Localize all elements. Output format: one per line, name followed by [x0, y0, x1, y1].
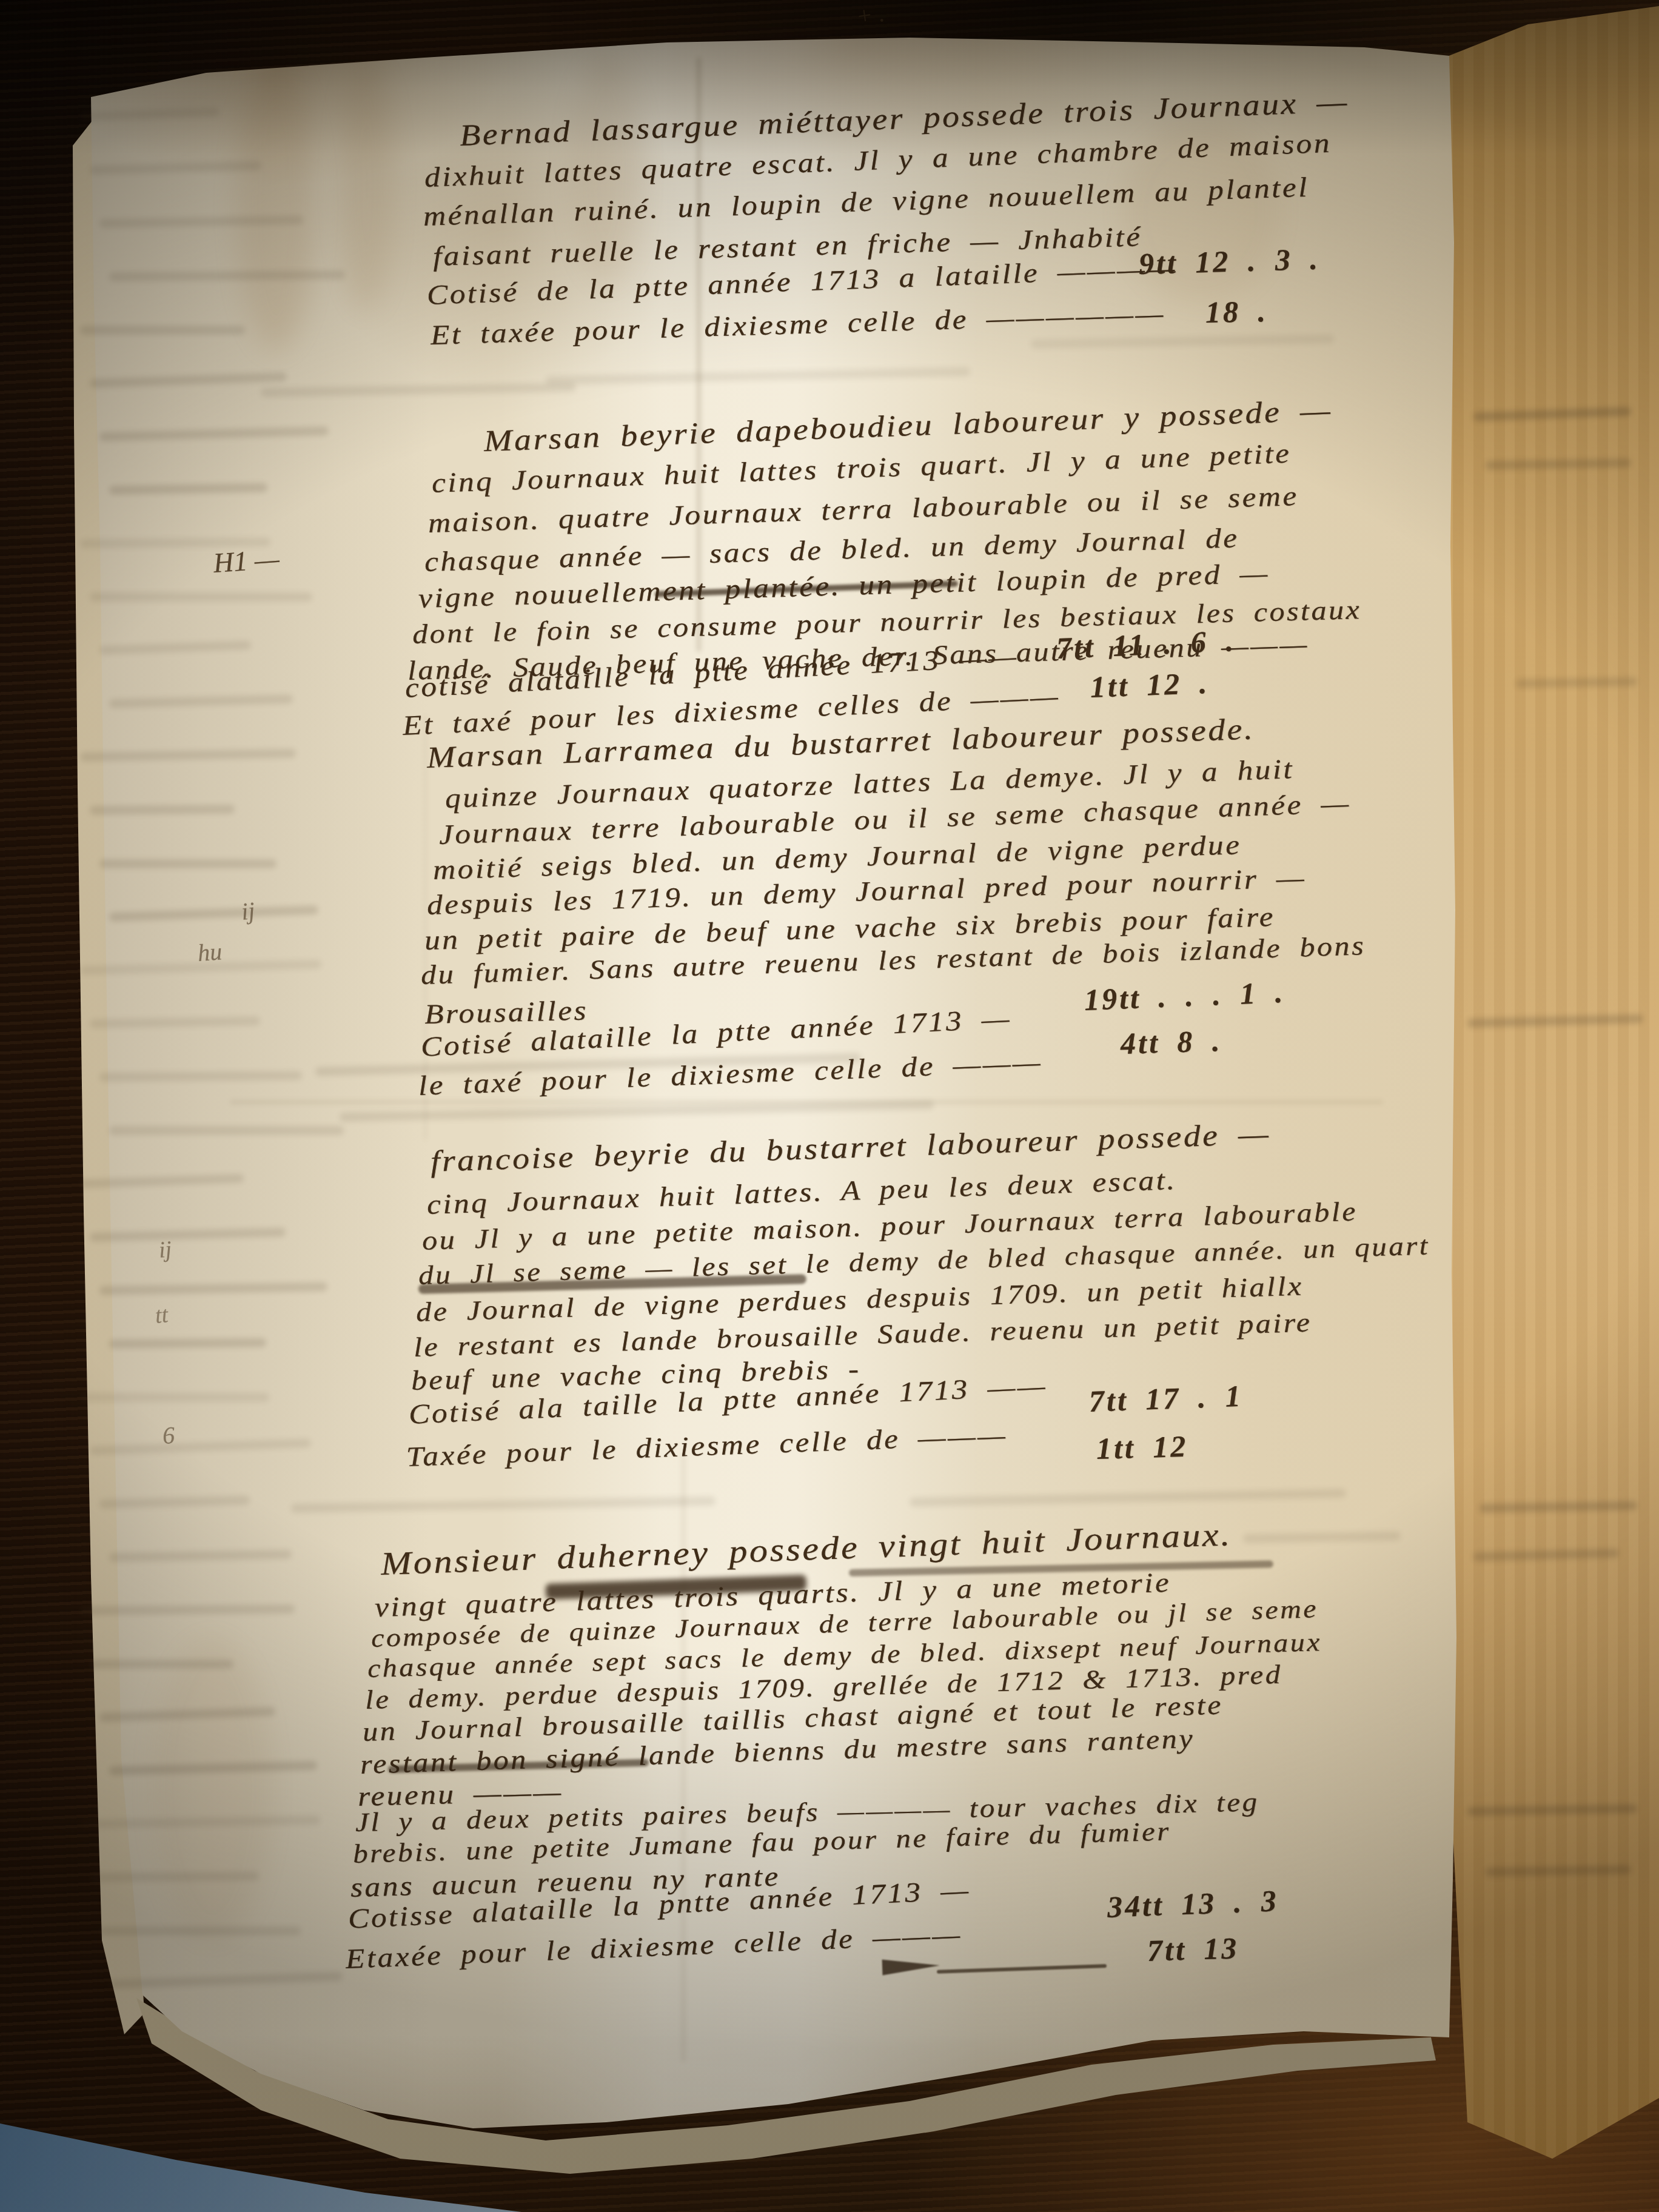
bleedthrough-ghost-line — [1480, 1501, 1637, 1513]
manuscript-line: vingt quatre lattes trois quarts. Jl y a… — [374, 1566, 1171, 1623]
manuscript-line: le restant es lande brousaille Saude. re… — [413, 1307, 1312, 1363]
tax-amount-value: 1tt 12 . — [1090, 665, 1210, 705]
ink-flourish-line — [937, 1964, 1107, 1974]
tax-amount-value: 19tt . . . 1 . — [1084, 974, 1285, 1017]
paper-creases-layer — [0, 0, 1659, 2212]
manuscript-line: Brousailles — [424, 994, 588, 1030]
manuscript-line: cotisé alataille la ptte année 1713 —— — [404, 640, 1019, 704]
manuscript-line: Taxée pour le dixiesme celle de ——— — [406, 1419, 1008, 1473]
manuscript-line: brebis. une petite Jumane fau pour ne fa… — [352, 1815, 1171, 1869]
manuscript-line: francoise beyrie du bustarret laboureur … — [430, 1116, 1271, 1179]
manuscript-line: beuf une vache cinq brebis - — [411, 1353, 861, 1396]
bleedthrough-ghost-line — [1467, 1804, 1637, 1816]
manuscript-line: de Journal de vigne perdues despuis 1709… — [415, 1270, 1304, 1328]
manuscript-line: du Jl se seme — les set le demy de bled … — [418, 1230, 1430, 1291]
manuscript-line: sans aucun reuenu ny rante — [350, 1860, 780, 1903]
ink-strikethrough-layer — [0, 0, 1659, 2212]
bleedthrough-ghost-line — [1467, 1014, 1643, 1028]
ink-layer: Bernad lassargue miéttayer possede trois… — [0, 0, 1659, 2212]
manuscript-line: Cotisé de la ptte année 1713 a lataille … — [426, 252, 1177, 311]
manuscript-line: cinq Journaux huit lattes trois quart. J… — [431, 437, 1292, 499]
manuscript-page: Bernad lassargue miéttayer possede trois… — [0, 0, 1659, 2212]
ink-strikethrough — [849, 1560, 1273, 1577]
manuscript-line: chasque année — sacs de bled. un demy Jo… — [424, 521, 1239, 578]
ink-strikethrough — [546, 1575, 807, 1600]
paper-stains-layer — [0, 0, 1659, 2212]
bleedthrough-ghost-line — [1473, 407, 1631, 421]
manuscript-line: Monsieur duherney possede vingt huit Jou… — [380, 1515, 1233, 1583]
bleedthrough-ghost-line — [1486, 1865, 1631, 1877]
tax-amount-value: 34tt 13 . 3 — [1107, 1883, 1279, 1925]
paper-crease — [682, 1455, 685, 2062]
manuscript-line: vigne nouuellement plantée. un petit lou… — [418, 557, 1270, 614]
paper-stain — [570, 55, 643, 285]
manuscript-line: lande. Saude beuf une vache der. Sans au… — [407, 628, 1309, 686]
manuscript-line: moitié seigs bled. un demy Journal de vi… — [432, 828, 1242, 886]
manuscript-line: le demy. perdue despuis 1709. grellée de… — [364, 1659, 1282, 1715]
manuscript-line: Cotisé alataille la ptte année 1713 — — [420, 1002, 1012, 1063]
manuscript-photo: Bernad lassargue miéttayer possede trois… — [0, 0, 1659, 2212]
tax-amount-value: 18 . — [1205, 293, 1268, 330]
manuscript-line: Bernad lassargue miéttayer possede trois… — [459, 84, 1349, 153]
manuscript-line: un petit paire de beuf une vache six bre… — [424, 900, 1275, 956]
tax-amount-value: 1tt 12 — [1096, 1429, 1188, 1466]
manuscript-line: quinze Journaux quatorze lattes La demye… — [444, 752, 1295, 814]
manuscript-line: restant bon signé lande bienns du mestre… — [360, 1723, 1195, 1780]
manuscript-line: Et taxé pour les dixiesme celles de ——— — [402, 680, 1061, 742]
manuscript-line: ou Jl y a une petite maison. pour Journa… — [421, 1196, 1358, 1256]
manuscript-line: maison. quatre Journaux terra labourable… — [427, 480, 1299, 539]
ink-strikethrough — [388, 1759, 649, 1773]
paper-stain — [152, 1637, 273, 1940]
tax-amount-value: 4tt 8 . — [1120, 1023, 1222, 1061]
manuscript-line: despuis les 1719. un demy Journal pred p… — [426, 861, 1307, 921]
ink-strikethrough — [655, 581, 958, 597]
bleedthrough-ghost-line — [1473, 1549, 1619, 1561]
manuscript-line: composée de quinze Journaux de terre lab… — [370, 1594, 1318, 1654]
manuscript-line: Etaxée pour le dixiesme celle de ——— — [345, 1918, 962, 1975]
paper-stain — [1122, 121, 1279, 303]
manuscript-line: dont le foin se consume pour nourrir les… — [412, 594, 1361, 650]
manuscript-line: dixhuit lattes quatre escat. Jl y a une … — [424, 127, 1332, 193]
manuscript-line: Cotisse alataille la pntte année 1713 — — [347, 1874, 971, 1935]
tax-amount-value: 7tt 17 . 1 — [1088, 1378, 1244, 1419]
manuscript-line: un Journal brousaille taillis chast aign… — [362, 1689, 1223, 1748]
paper-crease — [424, 716, 426, 1140]
manuscript-line: Marsan beyrie dapeboudieu laboureur y po… — [483, 392, 1333, 458]
manuscript-line: cinq Journaux huit lattes. A peu les deu… — [426, 1164, 1177, 1221]
manuscript-line: Journaux terre labourable ou il se seme … — [438, 787, 1351, 851]
bleedthrough-ghost-line — [1486, 458, 1631, 470]
tax-amount-value: 7tt 13 — [1147, 1930, 1239, 1968]
manuscript-line: Marsan Larramea du bustarret laboureur p… — [426, 711, 1255, 775]
paper-stain — [340, 58, 394, 312]
manuscript-line: ménallan ruiné. un loupin de vigne nouue… — [423, 171, 1309, 232]
manuscript-line: Cotisé ala taille la ptte année 1713 —— — [408, 1369, 1048, 1430]
manuscript-line: le taxé pour le dixiesme celle de ——— — [418, 1045, 1043, 1101]
paper-stain — [236, 61, 315, 352]
paper-crease — [697, 58, 700, 652]
bleedthrough-ghost-line — [1516, 677, 1637, 688]
manuscript-line: Et taxée pour le dixiesme celle de —————… — [430, 297, 1165, 351]
manuscript-line: du fumier. Sans autre reuenu les restant… — [420, 930, 1366, 991]
manuscript-line: chasque année sept sacs le demy de bled.… — [367, 1627, 1322, 1684]
tax-amount-value: 9tt 12 . 3 . — [1138, 241, 1320, 281]
ink-strikethrough — [418, 1274, 806, 1294]
manuscript-line: faisant ruelle le restant en friche — Jn… — [432, 220, 1142, 272]
manuscript-line: Jl y a deux petits paires beufs ———— tou… — [355, 1786, 1259, 1838]
paper-crease — [230, 1101, 1382, 1104]
tax-amount-value: 7tt 11 . 6 . — [1056, 623, 1236, 666]
ink-flourish — [882, 1957, 940, 1975]
manuscript-line: reuenu ——— — [357, 1775, 563, 1812]
